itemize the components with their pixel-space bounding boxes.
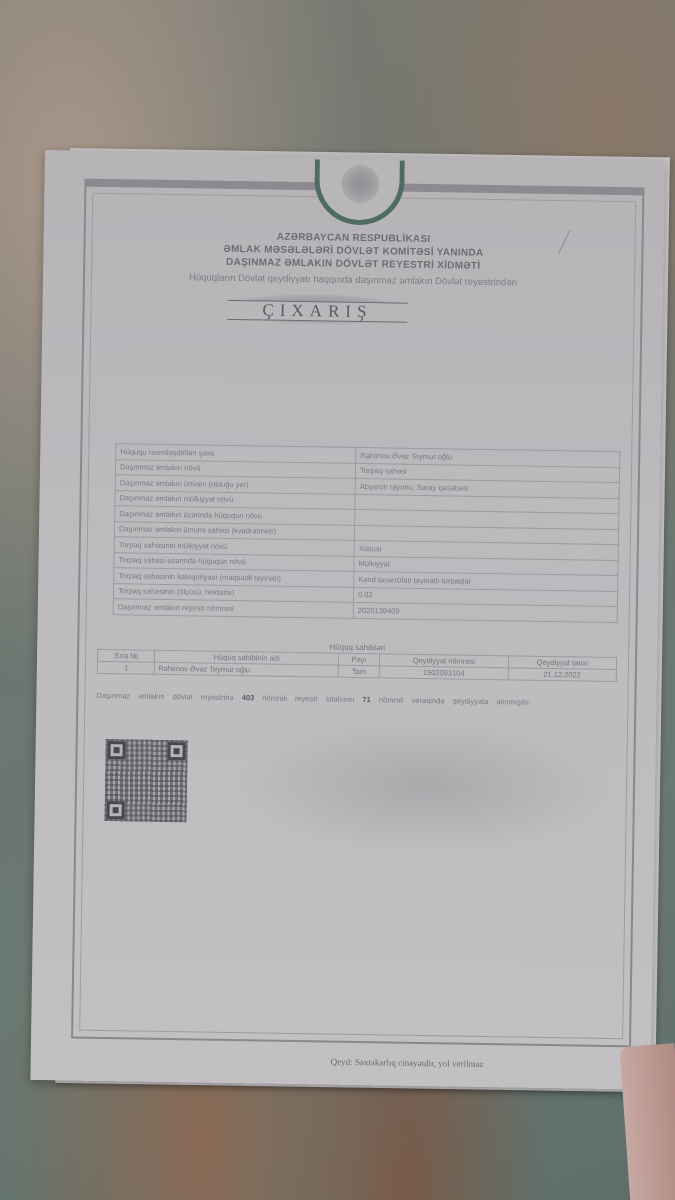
footer-note: Qeyd: Saxtakarlıq cinayətdir, yol verilm… [331, 1057, 484, 1069]
seal-icon [341, 165, 380, 204]
col-index: Sıra № [97, 649, 155, 662]
document-title: ÇIXARIŞ [227, 300, 407, 323]
col-share: Payı [339, 653, 380, 666]
row-label: Daşınmaz əmlakın reyestr nömrəsi [113, 599, 353, 618]
qr-code-icon [104, 739, 187, 822]
registry-extract-document: AZƏRBAYCAN RESPUBLİKASI ƏMLAK MƏSƏLƏLƏRİ… [30, 150, 665, 1090]
holding-finger [619, 1043, 675, 1200]
property-info-table: Hüququ rəsmiləşdirilən şəxsRəhimov Əvəz … [113, 443, 621, 622]
